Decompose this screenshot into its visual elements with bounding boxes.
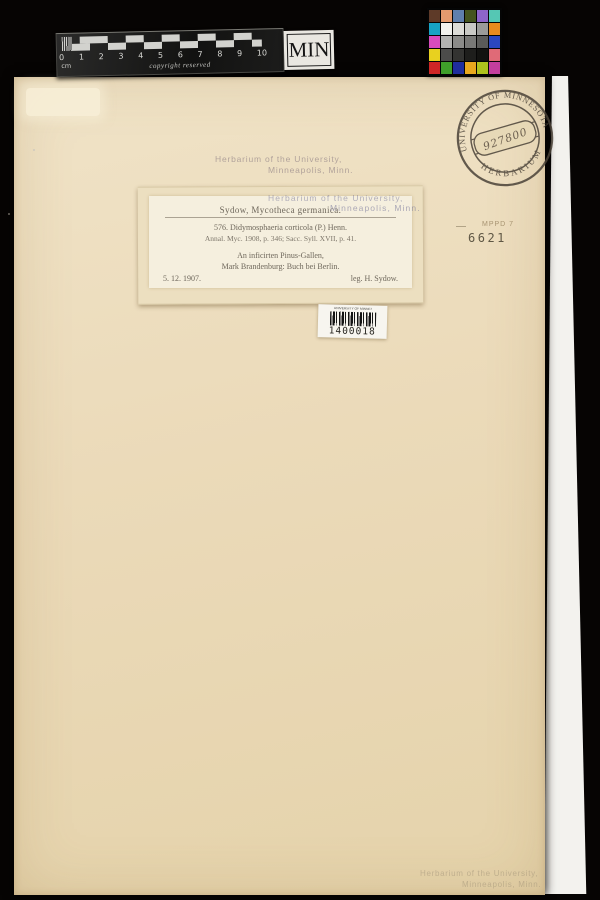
- ruler-number: 5: [158, 51, 163, 60]
- color-chart-cell: [465, 36, 476, 48]
- label-collector: leg. H. Sydow.: [351, 274, 398, 283]
- color-chart-cell: [453, 23, 464, 35]
- color-chart-cell: [429, 36, 440, 48]
- ghost-stamp-line: Minneapolis, Minn.: [462, 880, 541, 889]
- ghost-stamp-line: Minneapolis, Minn.: [268, 165, 353, 175]
- adjacent-sheet-edge: [540, 76, 592, 894]
- label-bottom-row: 5. 12. 1907. leg. H. Sydow.: [149, 274, 412, 283]
- ruler-number: 3: [118, 52, 123, 61]
- ruler-number: 7: [197, 50, 202, 59]
- color-chart-cell: [489, 36, 500, 48]
- color-chart-cell: [453, 10, 464, 22]
- specimen-photo: 012345678910 cm copyright reserved MIN U…: [0, 0, 600, 900]
- ruler-number: 1: [79, 53, 84, 62]
- color-chart-cell: [441, 10, 452, 22]
- color-chart-cell: [441, 49, 452, 61]
- ghost-stamp-line: Herbarium of the University,: [420, 869, 538, 878]
- label-date: 5. 12. 1907.: [163, 274, 201, 283]
- color-chart-cell: [489, 10, 500, 22]
- faint-dash-mark: [456, 226, 466, 227]
- label-citation: Annal. Myc. 1908, p. 346; Sacc. Syll. XV…: [149, 234, 412, 243]
- label-substrate: An inficirten Pinus-Gallen,: [149, 251, 412, 260]
- ruler-number: 6: [178, 50, 183, 59]
- barcode-number: 1400018: [318, 325, 387, 338]
- color-calibration-chart: [427, 8, 502, 76]
- barcode-sticker: UNIVERSITY OF MINNESOTA HERBARIUM 140001…: [318, 304, 388, 339]
- color-chart-cell: [489, 49, 500, 61]
- color-chart-cell: [429, 62, 440, 74]
- color-chart-cell: [429, 23, 440, 35]
- barcode-icon: [329, 311, 375, 326]
- color-chart-cell: [465, 10, 476, 22]
- color-chart-cell: [477, 23, 488, 35]
- dust-speck: [33, 149, 35, 151]
- ruler-copyright-text: copyright reserved: [149, 61, 211, 70]
- color-chart-cell: [477, 62, 488, 74]
- sheet-light-patch: [26, 88, 100, 116]
- color-chart-cell: [465, 49, 476, 61]
- color-chart-cell: [453, 49, 464, 61]
- color-chart-cell: [489, 62, 500, 74]
- color-chart-cell: [453, 62, 464, 74]
- color-chart-cell: [441, 62, 452, 74]
- label-species-name: 576. Didymosphaeria corticola (P.) Henn.: [149, 223, 412, 232]
- dust-speck: [8, 213, 10, 215]
- color-chart-cell: [429, 10, 440, 22]
- scale-bar-group: 012345678910 cm copyright reserved MIN: [55, 23, 336, 79]
- color-chart-cell: [477, 49, 488, 61]
- color-chart-cell: [453, 36, 464, 48]
- color-chart-cell: [477, 36, 488, 48]
- barcode-microtext: UNIVERSITY OF MINNESOTA HERBARIUM: [334, 307, 372, 311]
- label-rule: [165, 217, 396, 218]
- color-chart-cell: [441, 36, 452, 48]
- cm-ruler: 012345678910 cm copyright reserved: [56, 28, 285, 77]
- color-chart-cell: [465, 23, 476, 35]
- ruler-number: 4: [138, 51, 143, 60]
- color-chart-cell: [441, 23, 452, 35]
- ghost-stamp-line: Herbarium of the University,: [268, 193, 404, 203]
- ghost-stamp-line: Herbarium of the University,: [215, 154, 342, 164]
- color-chart-cell: [489, 23, 500, 35]
- ruler-unit-label: cm: [61, 62, 71, 70]
- faint-code-text: MPPD 7: [482, 221, 514, 228]
- accession-number: 6621: [468, 231, 507, 245]
- color-chart-cell: [429, 49, 440, 61]
- ruler-number: 0: [59, 53, 64, 62]
- ruler-mm-hatch: [62, 37, 72, 51]
- herbarium-code: MIN: [287, 33, 332, 67]
- label-locality: Mark Brandenburg: Buch bei Berlin.: [149, 262, 412, 271]
- ruler-number: 9: [237, 49, 242, 58]
- ghost-stamp-line: Minneapolis, Minn.: [330, 203, 421, 213]
- ruler-number: 8: [217, 49, 222, 58]
- ruler-numbers: 012345678910: [59, 48, 267, 62]
- herbarium-code-card: MIN: [284, 30, 335, 70]
- ruler-number: 10: [257, 48, 267, 57]
- color-chart-cell: [477, 10, 488, 22]
- ruler-number: 2: [99, 52, 104, 61]
- color-chart-cell: [465, 62, 476, 74]
